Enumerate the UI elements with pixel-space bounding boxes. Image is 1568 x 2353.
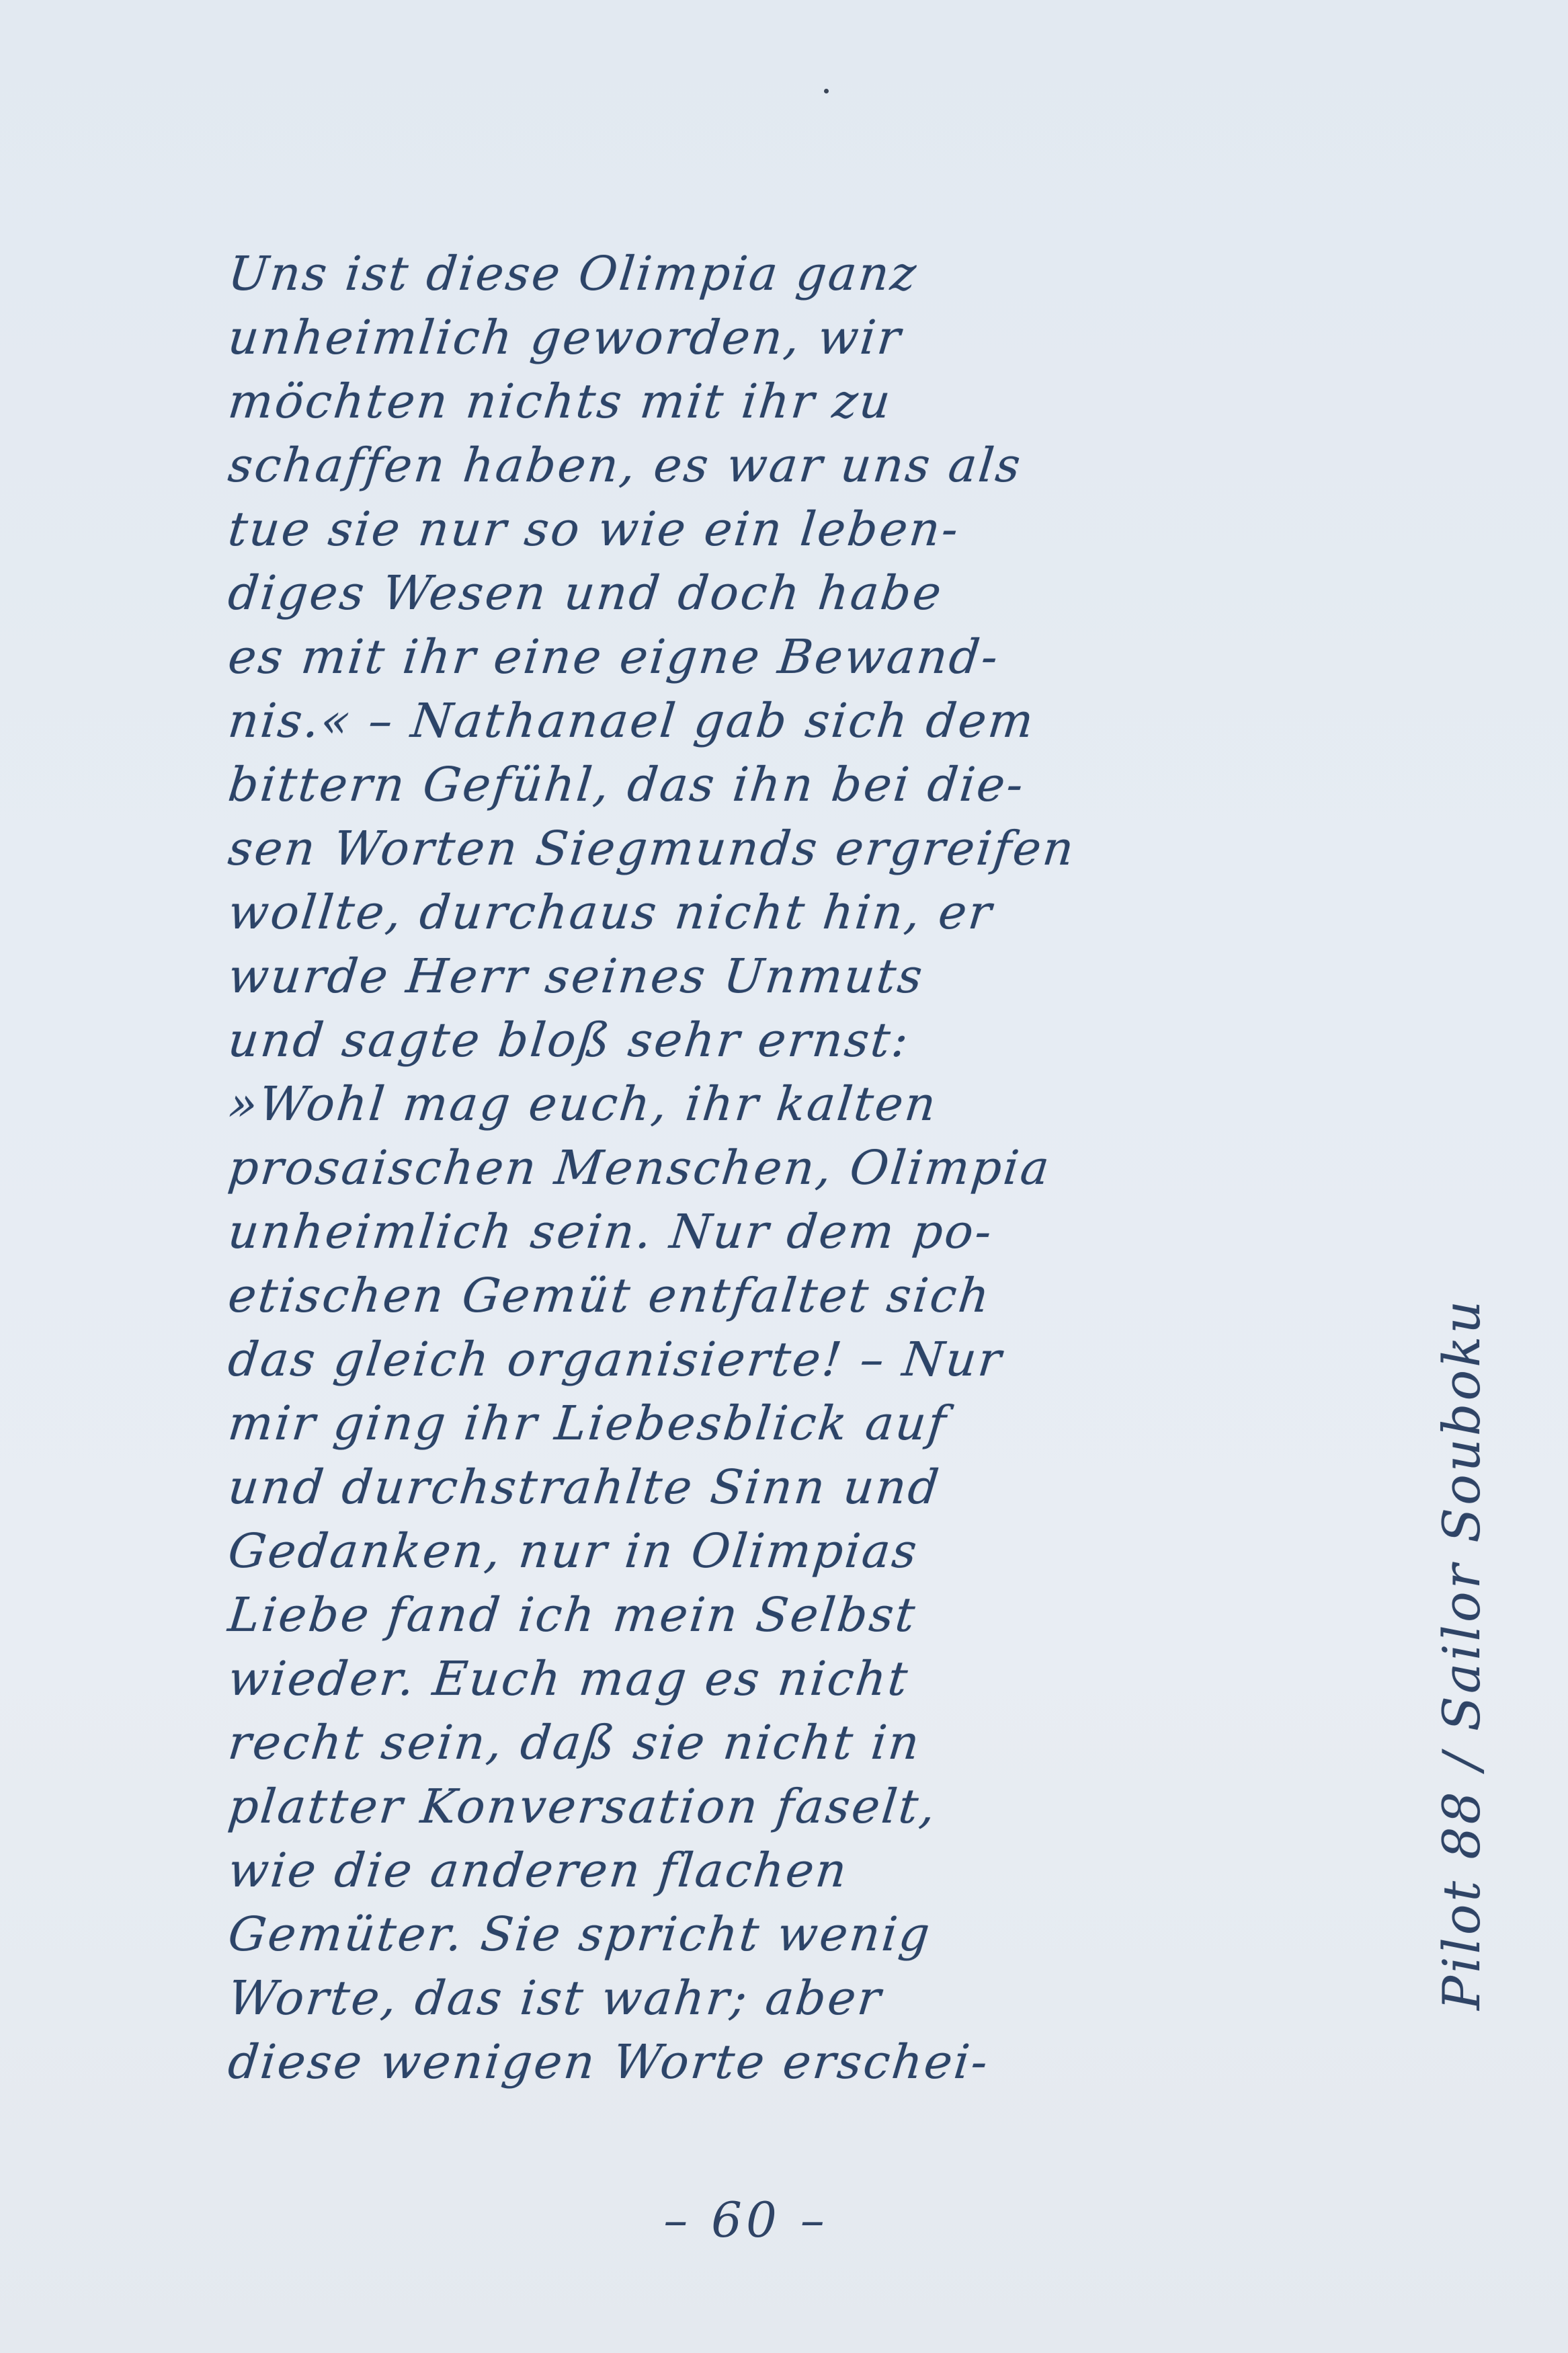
text-line: recht sein, daß sie nicht in bbox=[225, 1711, 1388, 1775]
text-line: Worte, das ist wahr; aber bbox=[225, 1966, 1388, 2030]
text-line: wie die anderen flachen bbox=[225, 1839, 1388, 1903]
text-line: mir ging ihr Liebesblick auf bbox=[225, 1392, 1388, 1455]
text-line: diese wenigen Worte erschei- bbox=[225, 2030, 1388, 2094]
ink-speck bbox=[824, 89, 829, 93]
text-line: Gemüter. Sie spricht wenig bbox=[225, 1903, 1388, 1966]
text-line: diges Wesen und doch habe bbox=[225, 561, 1388, 625]
text-line: Uns ist diese Olimpia ganz bbox=[225, 242, 1388, 306]
text-line: prosaischen Menschen, Olimpia bbox=[225, 1136, 1388, 1200]
text-line: platter Konversation faselt, bbox=[225, 1775, 1388, 1839]
text-line: wieder. Euch mag es nicht bbox=[225, 1647, 1388, 1711]
text-line: möchten nichts mit ihr zu bbox=[225, 370, 1388, 434]
text-line: das gleich organisierte! – Nur bbox=[225, 1328, 1388, 1392]
text-line: nis.« – Nathanael gab sich dem bbox=[225, 689, 1388, 753]
text-line: wollte, durchaus nicht hin, er bbox=[225, 881, 1388, 945]
text-line: wurde Herr seines Unmuts bbox=[225, 945, 1388, 1008]
text-line: Liebe fand ich mein Selbst bbox=[225, 1583, 1388, 1647]
text-line: »Wohl mag euch, ihr kalten bbox=[225, 1072, 1388, 1136]
pen-ink-annotation: Pilot 88 / Sailor Souboku bbox=[1432, 1015, 1491, 2010]
text-line: schaffen haben, es war uns als bbox=[225, 434, 1388, 497]
text-line: bittern Gefühl, das ihn bei die- bbox=[225, 753, 1388, 817]
text-line: und durchstrahlte Sinn und bbox=[225, 1455, 1388, 1519]
text-line: es mit ihr eine eigne Bewand- bbox=[225, 625, 1388, 689]
manuscript-page: Uns ist diese Olimpia ganz unheimlich ge… bbox=[0, 0, 1568, 2353]
text-line: unheimlich geworden, wir bbox=[225, 306, 1388, 370]
handwritten-text-block: Uns ist diese Olimpia ganz unheimlich ge… bbox=[229, 242, 1385, 2094]
text-line: unheimlich sein. Nur dem po- bbox=[225, 1200, 1388, 1264]
page-number: – 60 – bbox=[645, 2192, 847, 2248]
text-line: sen Worten Siegmunds ergreifen bbox=[225, 817, 1388, 881]
text-line: etischen Gemüt entfaltet sich bbox=[225, 1264, 1388, 1328]
text-line: tue sie nur so wie ein leben- bbox=[225, 497, 1388, 561]
text-line: Gedanken, nur in Olimpias bbox=[225, 1519, 1388, 1583]
text-line: und sagte bloß sehr ernst: bbox=[225, 1008, 1388, 1072]
